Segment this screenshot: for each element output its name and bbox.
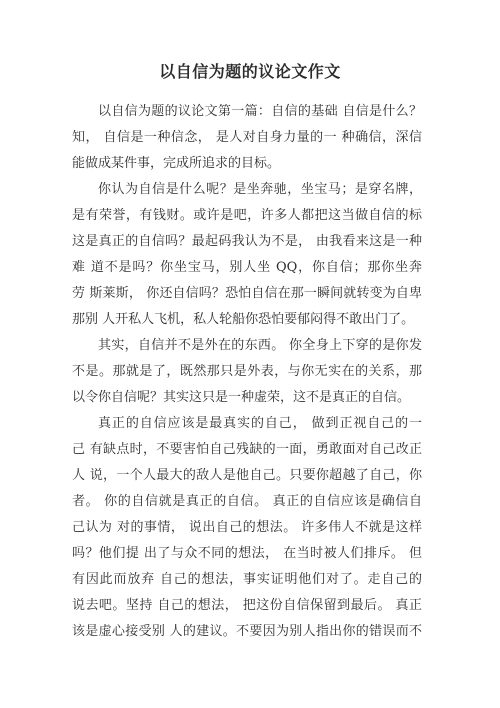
text-line: 不是。那就是了，既然那只是外表，与你无实在的关系，那有什么可	[72, 359, 422, 385]
text-line: 以自信为题的议论文第一篇：自信的基础 自信是什么？众所周	[72, 99, 422, 125]
text-line: 那别 人开私人飞机，私人轮船你恐怕要郁闷得不敢出门了。	[72, 307, 422, 333]
text-line: 者。 你的自信就是真正的自信。 真正的自信应该是确信自己， 做自	[72, 489, 422, 515]
text-line: 说去吧。坚持 自己的想法， 把这份自信保留到最后。 真正的自信应	[72, 593, 422, 619]
text-line: 劳 斯莱斯， 你还自信吗？恐怕自信在那一瞬间就转变为自卑了吧。	[72, 281, 422, 307]
document-body: 以自信为题的议论文第一篇：自信的基础 自信是什么？众所周知， 自信是一种信念， …	[72, 99, 422, 645]
text-line: 你认为自信是什么呢？是坐奔驰，坐宝马；是穿名牌，戴名牌；	[72, 177, 422, 203]
text-line: 难 道不是吗？你坐宝马，别人坐 QQ，你自信；那你坐奔驰，别人坐	[72, 255, 422, 281]
paragraph: 其实，自信并不是外在的东西。 你全身上下穿的是你发明的吗？不是。那就是了，既然那…	[72, 333, 422, 411]
text-line: 人 说，一个人最大的敌人是他自己。只要你超越了自己，你就是胜	[72, 463, 422, 489]
text-line: 真正的自信应该是最真实的自己， 做到正视自己的一切。 当自	[72, 411, 422, 437]
text-line: 以令你自信呢？其实这只是一种虚荣，这不是真正的自信。	[72, 385, 422, 411]
text-line: 己认为 对的事情， 说出自己的想法。 许多伟人不就是这样成功的	[72, 515, 422, 541]
text-line: 己 有缺点时，不要害怕自己残缺的一面，勇敢面对自己改正错误。有	[72, 437, 422, 463]
text-line: 其实，自信并不是外在的东西。 你全身上下穿的是你发明的吗？	[72, 333, 422, 359]
text-line: 该是虚心接受别 人的建议。不要因为别人指出你的错误而不开心，而	[72, 619, 422, 645]
text-line: 是有荣誉，有钱财。或许是吧，许多人都把这当做自信的标准。其实	[72, 203, 422, 229]
paragraph: 你认为自信是什么呢？是坐奔驰，坐宝马；是穿名牌，戴名牌；是有荣誉，有钱财。或许是…	[72, 177, 422, 333]
text-line: 有因此而放弃 自己的想法，事实证明他们对了。走自己的路，让别人	[72, 567, 422, 593]
text-line: 知， 自信是一种信念， 是人对自身力量的一 种确信，深信自立一定	[72, 125, 422, 151]
text-line: 这是真正的自信吗？最起码我认为不是， 由我看来这是一种自卑。	[72, 229, 422, 255]
paragraph: 真正的自信应该是最真实的自己， 做到正视自己的一切。 当自己 有缺点时，不要害怕…	[72, 411, 422, 645]
paragraph: 以自信为题的议论文第一篇：自信的基础 自信是什么？众所周知， 自信是一种信念， …	[72, 99, 422, 177]
document-title: 以自信为题的议论文作文	[0, 0, 500, 84]
document-page: 以自信为题的议论文作文 以自信为题的议论文第一篇：自信的基础 自信是什么？众所周…	[0, 0, 500, 708]
text-line: 能做成某件事，完成所追求的目标。	[72, 151, 422, 177]
text-line: 吗？他们提 出了与众不同的想法， 在当时被人们排斥。 但他们并没	[72, 541, 422, 567]
